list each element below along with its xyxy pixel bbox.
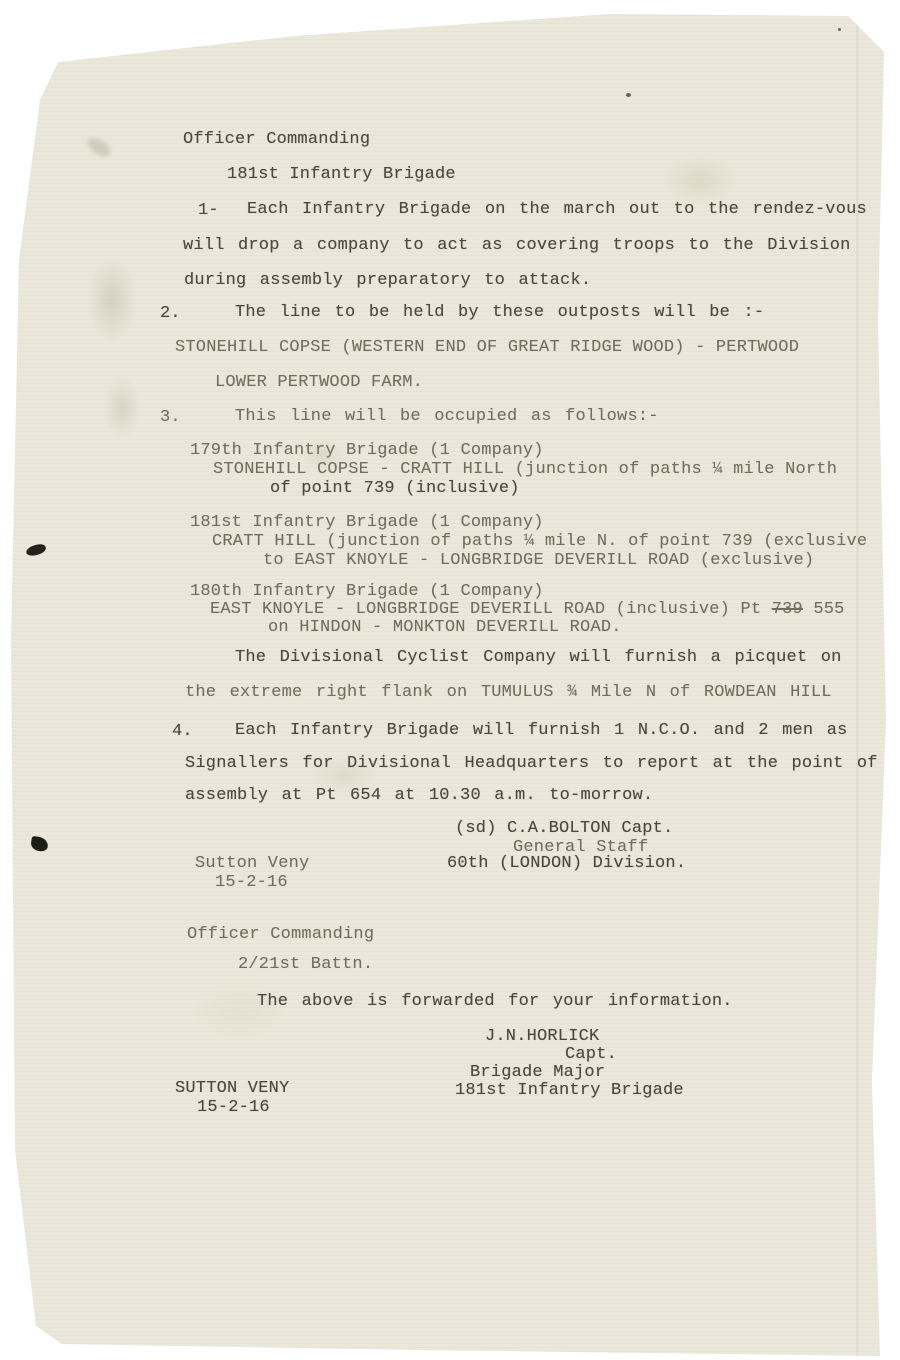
text-segment: assembly at Pt 654 at 10.30 a.m. to-morr…	[185, 786, 653, 805]
document-line: 1-	[198, 201, 219, 221]
document-line: Signallers for Divisional Headquarters t…	[185, 754, 878, 774]
ink-speck-small	[838, 28, 841, 31]
document-line: EAST KNOYLE - LONGBRIDGE DEVERILL ROAD (…	[210, 600, 845, 620]
text-segment: 181st Infantry Brigade	[455, 1081, 684, 1100]
document-line: (sd) C.A.BOLTON Capt.	[455, 819, 673, 839]
text-segment: This line will be occupied as follows:-	[235, 407, 659, 426]
document-line: of point 739 (inclusive)	[270, 479, 520, 499]
document-line: This line will be occupied as follows:-	[235, 407, 659, 427]
document-line: on HINDON - MONKTON DEVERILL ROAD.	[268, 618, 622, 638]
text-segment: LOWER PERTWOOD FARM.	[215, 373, 423, 392]
text-segment: 180th Infantry Brigade (1 Company)	[190, 582, 544, 601]
document-line: 3.	[160, 408, 181, 428]
text-segment: 2/21st Battn.	[238, 955, 373, 974]
text-segment: 181st Infantry Brigade (1 Company)	[190, 513, 544, 532]
document-line: CRATT HILL (junction of paths ¼ mile N. …	[212, 532, 867, 552]
text-segment: Officer Commanding	[187, 925, 374, 944]
document-line: The above is forwarded for your informat…	[257, 992, 733, 1012]
document-line: Each Infantry Brigade on the march out t…	[247, 200, 867, 220]
text-segment: (sd) C.A.BOLTON Capt.	[455, 819, 673, 838]
text-segment: to EAST KNOYLE - LONGBRIDGE DEVERILL ROA…	[263, 551, 814, 570]
document-line: SUTTON VENY	[175, 1079, 289, 1099]
struck-text: 739	[772, 600, 803, 619]
document-line: 15-2-16	[215, 873, 288, 893]
text-segment: Sutton Veny	[195, 854, 309, 873]
document-line: Sutton Veny	[195, 854, 309, 874]
text-segment: SUTTON VENY	[175, 1079, 289, 1098]
text-segment: Officer Commanding	[183, 130, 370, 149]
document-line: 180th Infantry Brigade (1 Company)	[190, 582, 544, 602]
text-segment: Brigade Major	[470, 1063, 605, 1082]
document-line: STONEHILL COPSE - CRATT HILL (junction o…	[213, 460, 837, 480]
document-line: 181st Infantry Brigade (1 Company)	[190, 513, 544, 533]
text-segment: 3.	[160, 408, 181, 427]
document-line: LOWER PERTWOOD FARM.	[215, 373, 423, 393]
text-segment: STONEHILL COPSE - CRATT HILL (junction o…	[213, 460, 837, 479]
text-segment: Signallers for Divisional Headquarters t…	[185, 754, 878, 773]
text-segment: STONEHILL COPSE (WESTERN END OF GREAT RI…	[175, 338, 799, 357]
text-segment: 181st Infantry Brigade	[227, 165, 456, 184]
document-line: 2.	[160, 304, 181, 324]
text-segment: Capt.	[565, 1045, 617, 1064]
text-segment: The above is forwarded for your informat…	[257, 992, 733, 1011]
text-segment: The Divisional Cyclist Company will furn…	[235, 648, 842, 667]
document-line: Officer Commanding	[187, 925, 374, 945]
text-segment: 60th (LONDON) Division.	[447, 854, 686, 873]
document-line: the extreme right flank on TUMULUS ¾ Mil…	[185, 683, 832, 703]
document-line: Officer Commanding	[183, 130, 370, 150]
text-segment: the extreme right flank on TUMULUS ¾ Mil…	[185, 683, 832, 702]
document-line: 15-2-16	[197, 1098, 270, 1118]
document-line: 181st Infantry Brigade	[227, 165, 456, 185]
document-page: Officer Commanding181st Infantry Brigade…	[0, 0, 900, 1360]
document-line: to EAST KNOYLE - LONGBRIDGE DEVERILL ROA…	[263, 551, 814, 571]
text-segment: EAST KNOYLE - LONGBRIDGE DEVERILL ROAD (…	[210, 600, 772, 619]
text-segment: 179th Infantry Brigade (1 Company)	[190, 441, 544, 460]
text-segment: CRATT HILL (junction of paths ¼ mile N. …	[212, 532, 867, 551]
text-segment: of point 739 (inclusive)	[270, 479, 520, 498]
text-segment: during assembly preparatory to attack.	[184, 271, 591, 290]
document-line: The line to be held by these outposts wi…	[235, 303, 764, 323]
text-segment: The line to be held by these outposts wi…	[235, 303, 764, 322]
text-segment: 4.	[172, 722, 193, 741]
document-line: during assembly preparatory to attack.	[184, 271, 591, 291]
document-line: 60th (LONDON) Division.	[447, 854, 686, 874]
document-line: J.N.HORLICK	[485, 1027, 599, 1047]
text-segment: 555	[803, 600, 845, 619]
text-segment: J.N.HORLICK	[485, 1027, 599, 1046]
document-line: 181st Infantry Brigade	[455, 1081, 684, 1101]
scanned-document-view: Officer Commanding181st Infantry Brigade…	[0, 0, 900, 1360]
text-segment: will drop a company to act as covering t…	[183, 236, 851, 255]
document-line: Brigade Major	[470, 1063, 605, 1083]
ink-speck	[626, 93, 631, 97]
document-line: will drop a company to act as covering t…	[183, 236, 851, 256]
document-line: 4.	[172, 722, 193, 742]
text-segment: Each Infantry Brigade will furnish 1 N.C…	[235, 721, 848, 740]
document-line: 2/21st Battn.	[238, 955, 373, 975]
text-segment: 15-2-16	[197, 1098, 270, 1117]
text-segment: Each Infantry Brigade on the march out t…	[247, 200, 867, 219]
document-text-block: Officer Commanding181st Infantry Brigade…	[0, 0, 900, 1360]
document-line: Capt.	[565, 1045, 617, 1065]
text-segment: on HINDON - MONKTON DEVERILL ROAD.	[268, 618, 622, 637]
document-line: Each Infantry Brigade will furnish 1 N.C…	[235, 721, 848, 741]
document-line: 179th Infantry Brigade (1 Company)	[190, 441, 544, 461]
document-line: STONEHILL COPSE (WESTERN END OF GREAT RI…	[175, 338, 799, 358]
document-line: The Divisional Cyclist Company will furn…	[235, 648, 842, 668]
text-segment: 15-2-16	[215, 873, 288, 892]
text-segment: 2.	[160, 304, 181, 323]
text-segment: 1-	[198, 201, 219, 220]
document-line: assembly at Pt 654 at 10.30 a.m. to-morr…	[185, 786, 653, 806]
